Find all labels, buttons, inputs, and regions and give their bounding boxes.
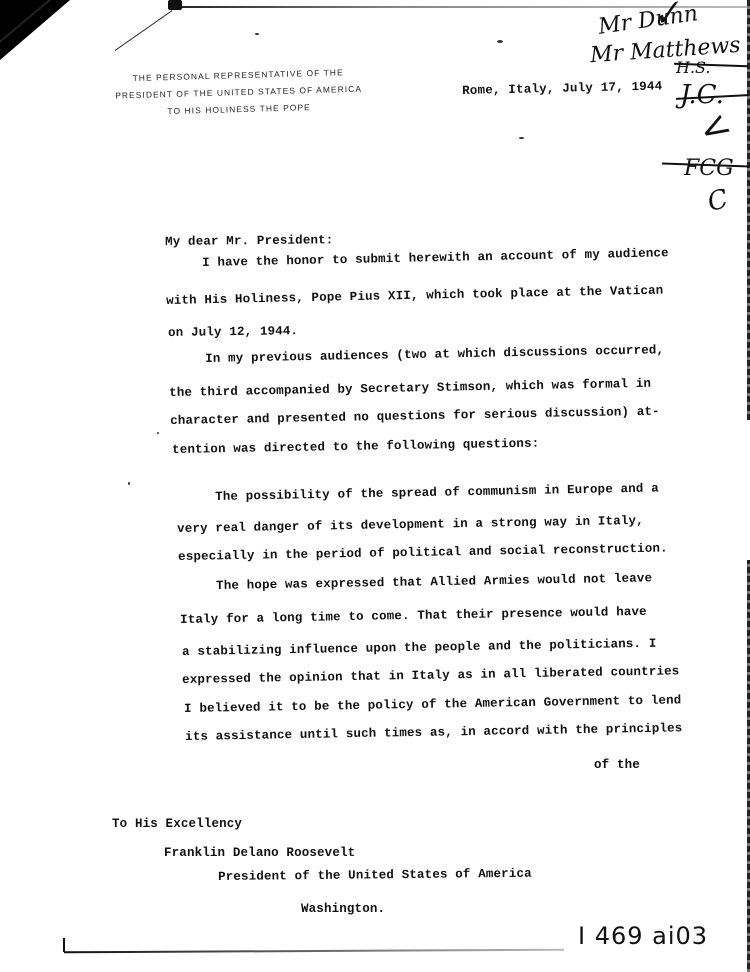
letter-line: I have the honor to submit herewith an a…	[202, 246, 669, 270]
addressee-line: Washington.	[301, 902, 385, 916]
handwritten-mark: C	[704, 184, 731, 218]
letter-line: The hope was expressed that Allied Armie…	[216, 571, 652, 593]
salutation: My dear Mr. President:	[165, 233, 333, 249]
handwritten-note: FCG	[684, 156, 734, 181]
letter-line: tention was directed to the following qu…	[172, 437, 539, 457]
letterhead: THE PERSONAL REPRESENTATIVE OF THE PRESI…	[98, 63, 379, 122]
archive-number: I 469 ai03	[578, 922, 708, 950]
addressee-line: To His Excellency	[112, 817, 242, 831]
letter-line: I believed it to be the policy of the Am…	[184, 693, 682, 716]
ink-blot	[168, 0, 182, 10]
letter-line: Italy for a long time to come. That thei…	[180, 605, 647, 627]
letter-line: a stabilizing influence upon the people …	[182, 637, 657, 659]
scanned-letter-page: THE PERSONAL REPRESENTATIVE OF THE PRESI…	[0, 0, 750, 972]
handwritten-slash: <	[692, 103, 739, 154]
dateline: Rome, Italy, July 17, 1944	[462, 79, 663, 98]
handwritten-note: H.S.	[676, 58, 711, 77]
letter-line: on July 12, 1944.	[168, 324, 298, 340]
scan-speck	[519, 137, 524, 139]
letter-line: In my previous audiences (two at which d…	[205, 343, 664, 366]
fold-line	[115, 10, 173, 51]
scan-speck	[128, 482, 130, 485]
scan-speck	[255, 33, 259, 35]
scan-speck	[497, 40, 503, 43]
addressee-line: Franklin Delano Roosevelt	[164, 846, 355, 860]
letter-line: The possibility of the spread of communi…	[215, 481, 659, 504]
bottom-corner-mark	[63, 938, 65, 952]
addressee-line: President of the United States of Americ…	[218, 867, 532, 884]
scan-speck	[157, 432, 159, 434]
checkmark-icon: ✓	[649, 0, 684, 36]
letter-line: the third accompanied by Secretary Stims…	[169, 377, 651, 400]
letter-line: especially in the period of political an…	[178, 541, 668, 564]
letter-line: with His Holiness, Pope Pius XII, which …	[166, 284, 664, 308]
continuation-line: of the	[594, 758, 640, 772]
bottom-page-edge	[64, 949, 564, 954]
letter-line: character and presented no questions for…	[170, 405, 660, 428]
letter-line: its assistance until such times as, in a…	[185, 721, 683, 744]
letter-line: very real danger of its development in a…	[177, 514, 644, 536]
letter-line: expressed the opinion that in Italy as i…	[182, 664, 680, 687]
